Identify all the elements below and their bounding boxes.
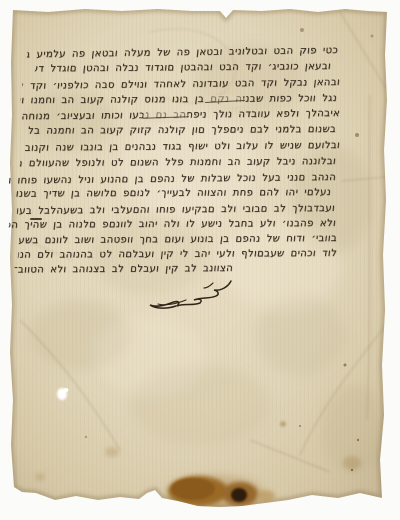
dash-mark <box>30 218 42 220</box>
photo-backdrop: כטי פוק הבט ובטלוניב ובטאן פה של מעלה וב… <box>0 0 400 520</box>
manuscript-paper <box>0 0 400 520</box>
